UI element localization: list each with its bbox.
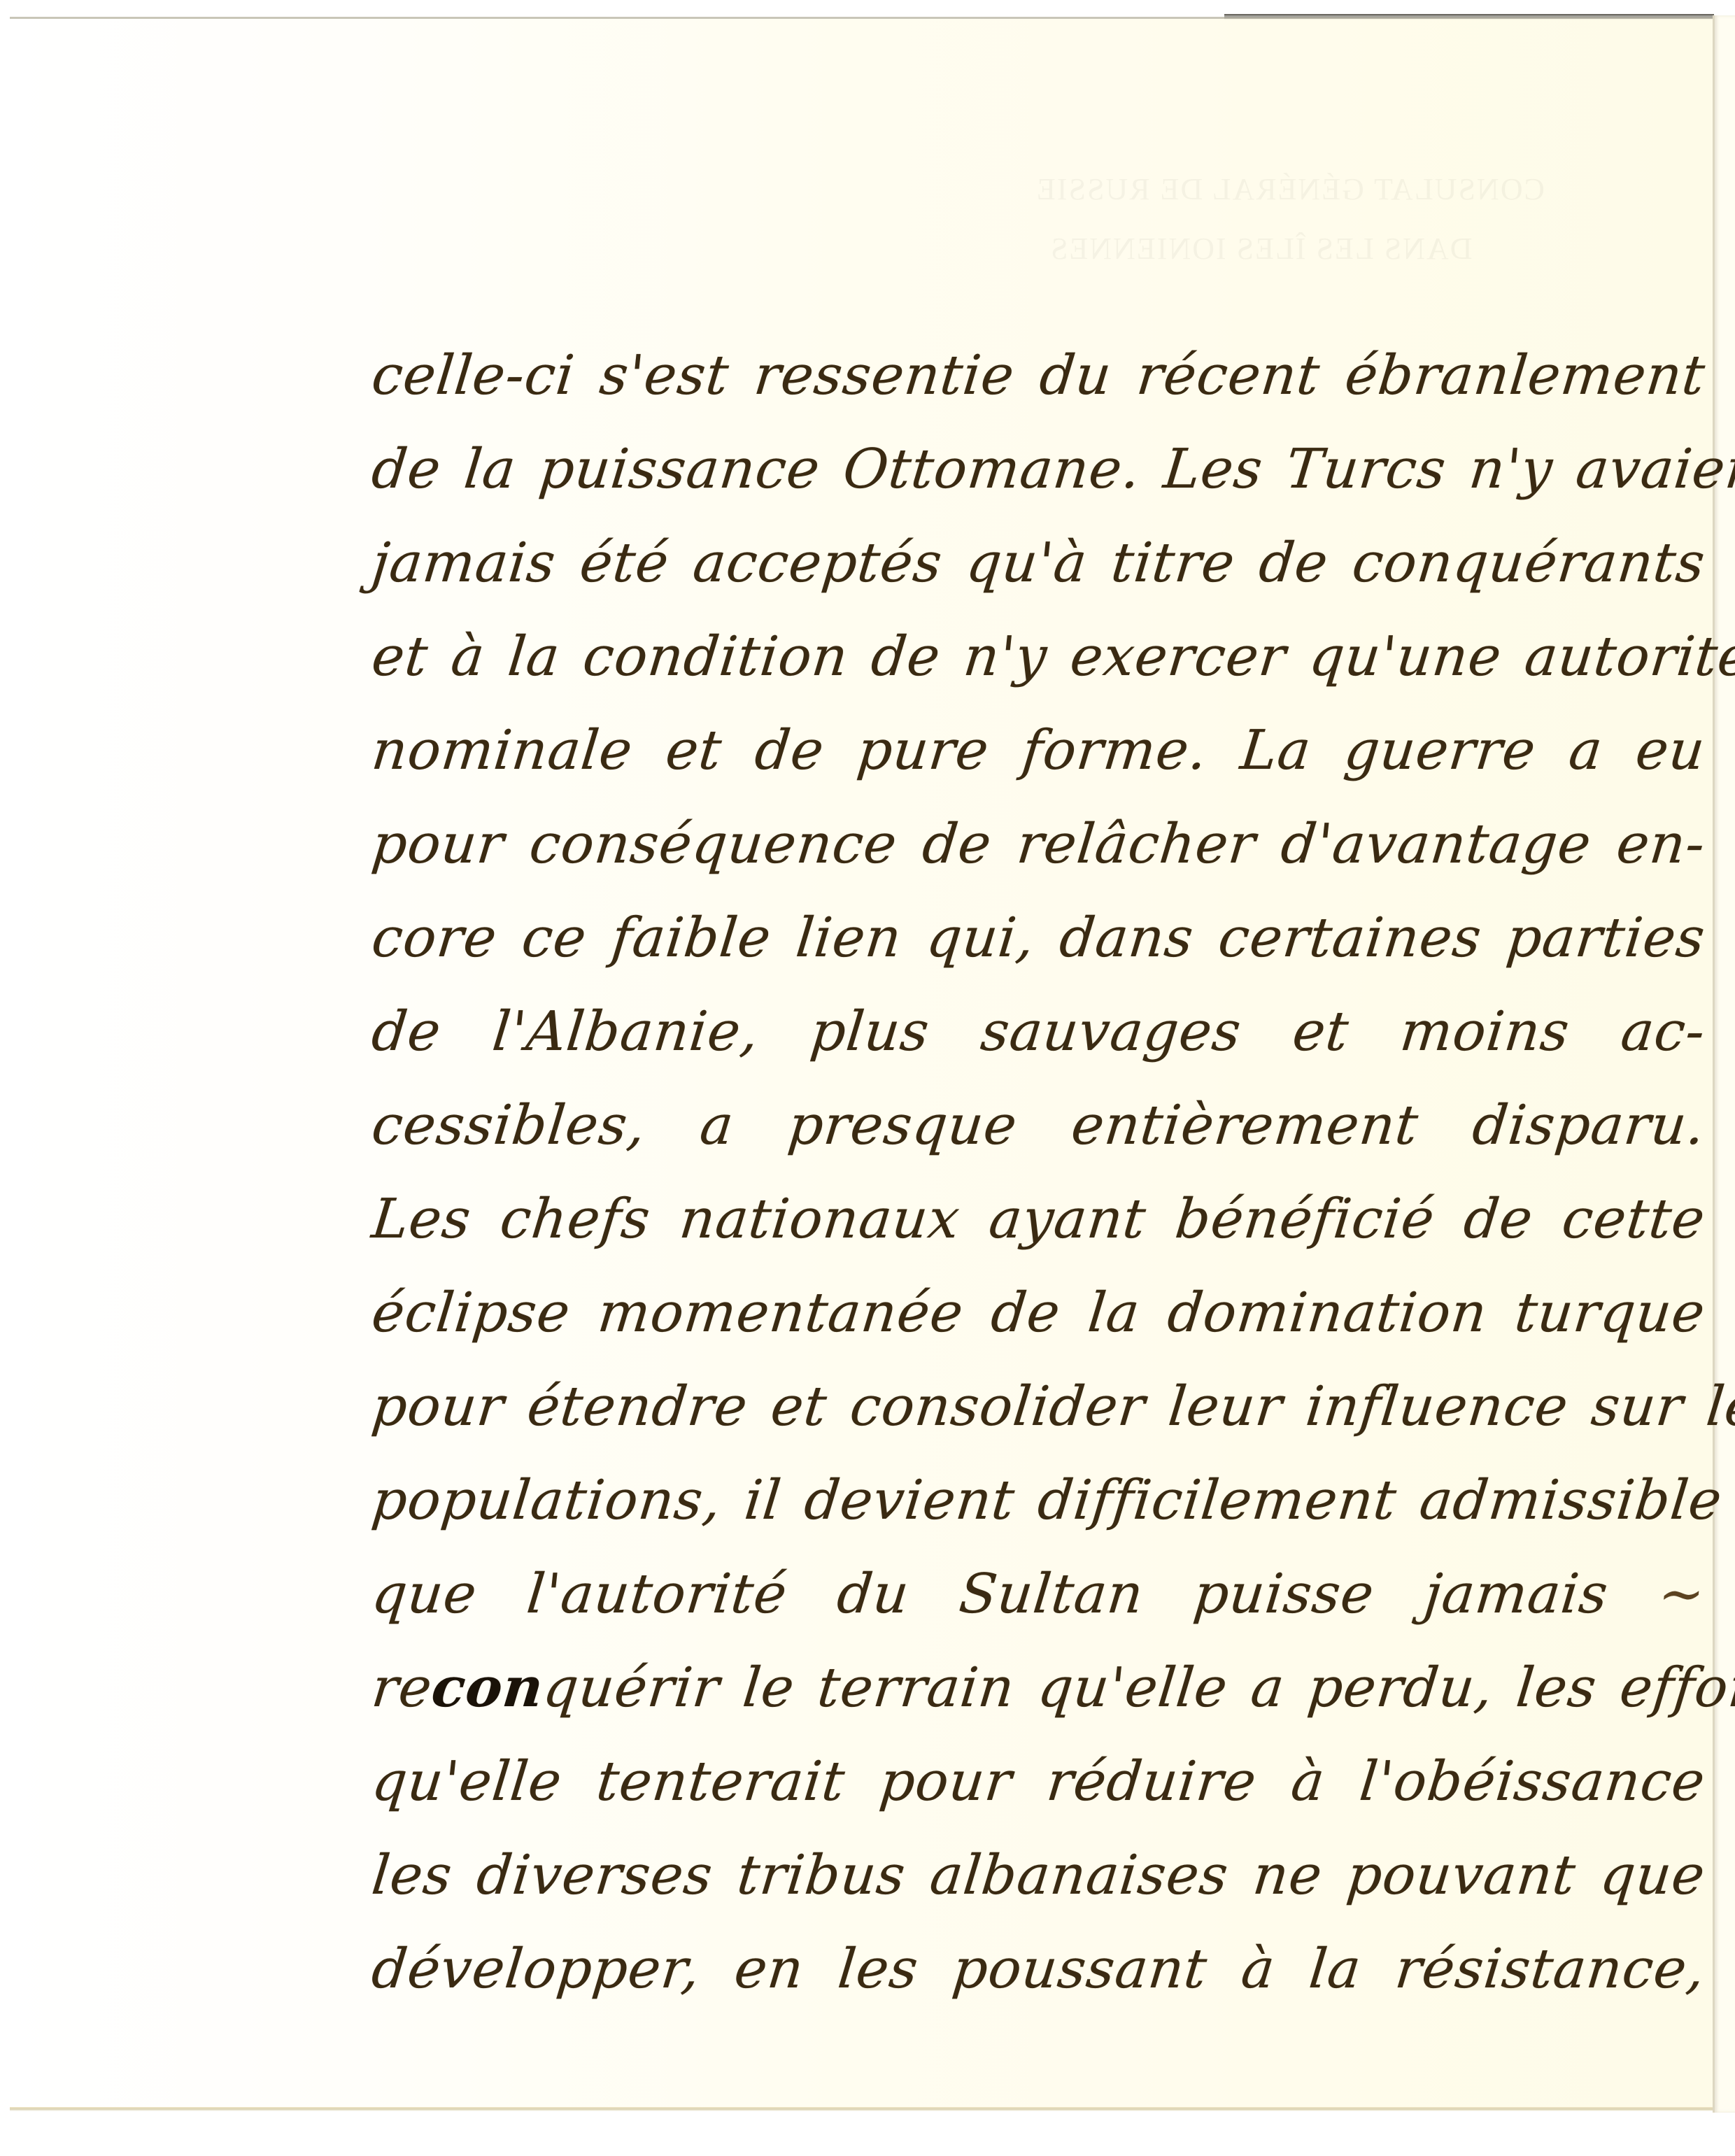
text-line-5: nominale et de pure forme. La guerre a e… [367,704,1710,797]
text-line-15-prefix: re [369,1657,435,1719]
line-filler-flourish-icon: ∼ [1655,1563,1708,1626]
text-line-1: celle-ci s'est ressentie du récent ébran… [367,329,1710,423]
show-through-letterhead-line-1: CONSULAT GÉNÉRAL DE RUSSIE [1035,171,1545,207]
text-line-17: les diverses tribus albanaises ne pouvan… [367,1829,1710,1922]
text-line-14: que l'autorité du Sultan puisse jamais ∼ [367,1547,1710,1641]
show-through-letterhead-line-2: DANS LES ÎLES IONIENNES [1049,231,1473,267]
text-line-7: core ce faible lien qui, dans certaines … [367,891,1710,985]
text-line-2: de la puissance Ottomane. Les Turcs n'y … [367,423,1710,516]
page-bottom-edge [10,2107,1714,2111]
text-line-3: jamais été acceptés qu'à titre de conqué… [367,516,1710,610]
text-line-15: reconquérir le terrain qu'elle a perdu, … [367,1641,1710,1735]
text-line-10: Les chefs nationaux ayant bénéficié de c… [367,1172,1710,1266]
text-line-15-rest: quérir le terrain qu'elle a perdu, les e… [540,1657,1735,1719]
text-line-16: qu'elle tenterait pour réduire à l'obéis… [367,1735,1710,1829]
text-line-14-words: que l'autorité du Sultan puisse jamais [369,1563,1611,1626]
text-line-11: éclipse momentanée de la domination turq… [367,1266,1710,1360]
text-line-4: et à la condition de n'y exercer qu'une … [367,610,1710,704]
text-line-13: populations, il devient difficilement ad… [367,1454,1710,1547]
text-line-18: développer, en les poussant à la résista… [367,1922,1710,2016]
text-line-6: pour conséquence de relâcher d'avantage … [367,797,1710,891]
overwritten-correction: con [429,1656,547,1719]
text-line-8: de l'Albanie, plus sauvages et moins ac- [367,985,1710,1079]
page-top-edge-shadow [1224,14,1714,20]
page-fold-strip [1713,15,1735,2113]
text-line-9: cessibles, a presque entièrement disparu… [367,1079,1710,1172]
text-line-12: pour étendre et consolider leur influenc… [367,1360,1710,1454]
